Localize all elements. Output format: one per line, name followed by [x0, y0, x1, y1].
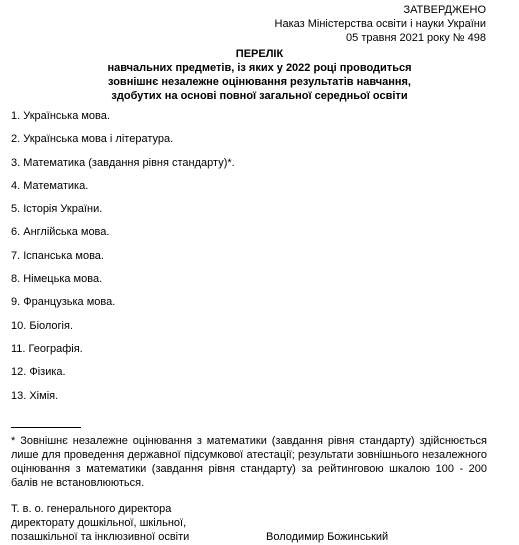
subject-item: 1. Українська мова. — [11, 109, 235, 132]
signature-position: Т. в. о. генерального директора директор… — [11, 502, 189, 544]
subject-item: 3. Математика (завдання рівня стандарту)… — [11, 156, 235, 179]
approval-order: Наказ Міністерства освіти і науки Україн… — [275, 17, 486, 31]
subject-item: 6. Англійська мова. — [11, 225, 235, 248]
document-title: ПЕРЕЛІК навчальних предметів, із яких у … — [0, 47, 519, 103]
title-line: навчальних предметів, із яких у 2022 роц… — [0, 61, 519, 75]
subject-item: 8. Німецька мова. — [11, 272, 235, 295]
approval-date: 05 травня 2021 року № 498 — [275, 31, 486, 45]
footnote-divider — [11, 427, 81, 428]
subjects-list: 1. Українська мова. 2. Українська мова і… — [11, 109, 235, 412]
title-heading: ПЕРЕЛІК — [0, 47, 519, 61]
footnote: * Зовнішнє незалежне оцінювання з матема… — [11, 434, 487, 490]
subject-item: 10. Біологія. — [11, 319, 235, 342]
subject-item: 12. Фізика. — [11, 365, 235, 388]
subject-item: 4. Математика. — [11, 179, 235, 202]
approval-stamp: ЗАТВЕРДЖЕНО Наказ Міністерства освіти і … — [275, 3, 486, 45]
title-line: зовнішнє незалежне оцінювання результаті… — [0, 75, 519, 89]
signature-position-line: Т. в. о. генерального директора — [11, 502, 189, 516]
signature-position-line: директорату дошкільної, шкільної, — [11, 516, 189, 530]
subject-item: 5. Історія України. — [11, 202, 235, 225]
subject-item: 7. Іспанська мова. — [11, 249, 235, 272]
subject-item: 2. Українська мова і література. — [11, 132, 235, 155]
signature-position-line: позашкільної та інклюзивної освіти — [11, 530, 189, 544]
subject-item: 9. Французька мова. — [11, 295, 235, 318]
subject-item: 11. Географія. — [11, 342, 235, 365]
signer-name: Володимир Божинський — [266, 530, 388, 544]
approval-status: ЗАТВЕРДЖЕНО — [275, 3, 486, 17]
title-line: здобутих на основі повної загальної сере… — [0, 89, 519, 103]
subject-item: 13. Хімія. — [11, 389, 235, 412]
